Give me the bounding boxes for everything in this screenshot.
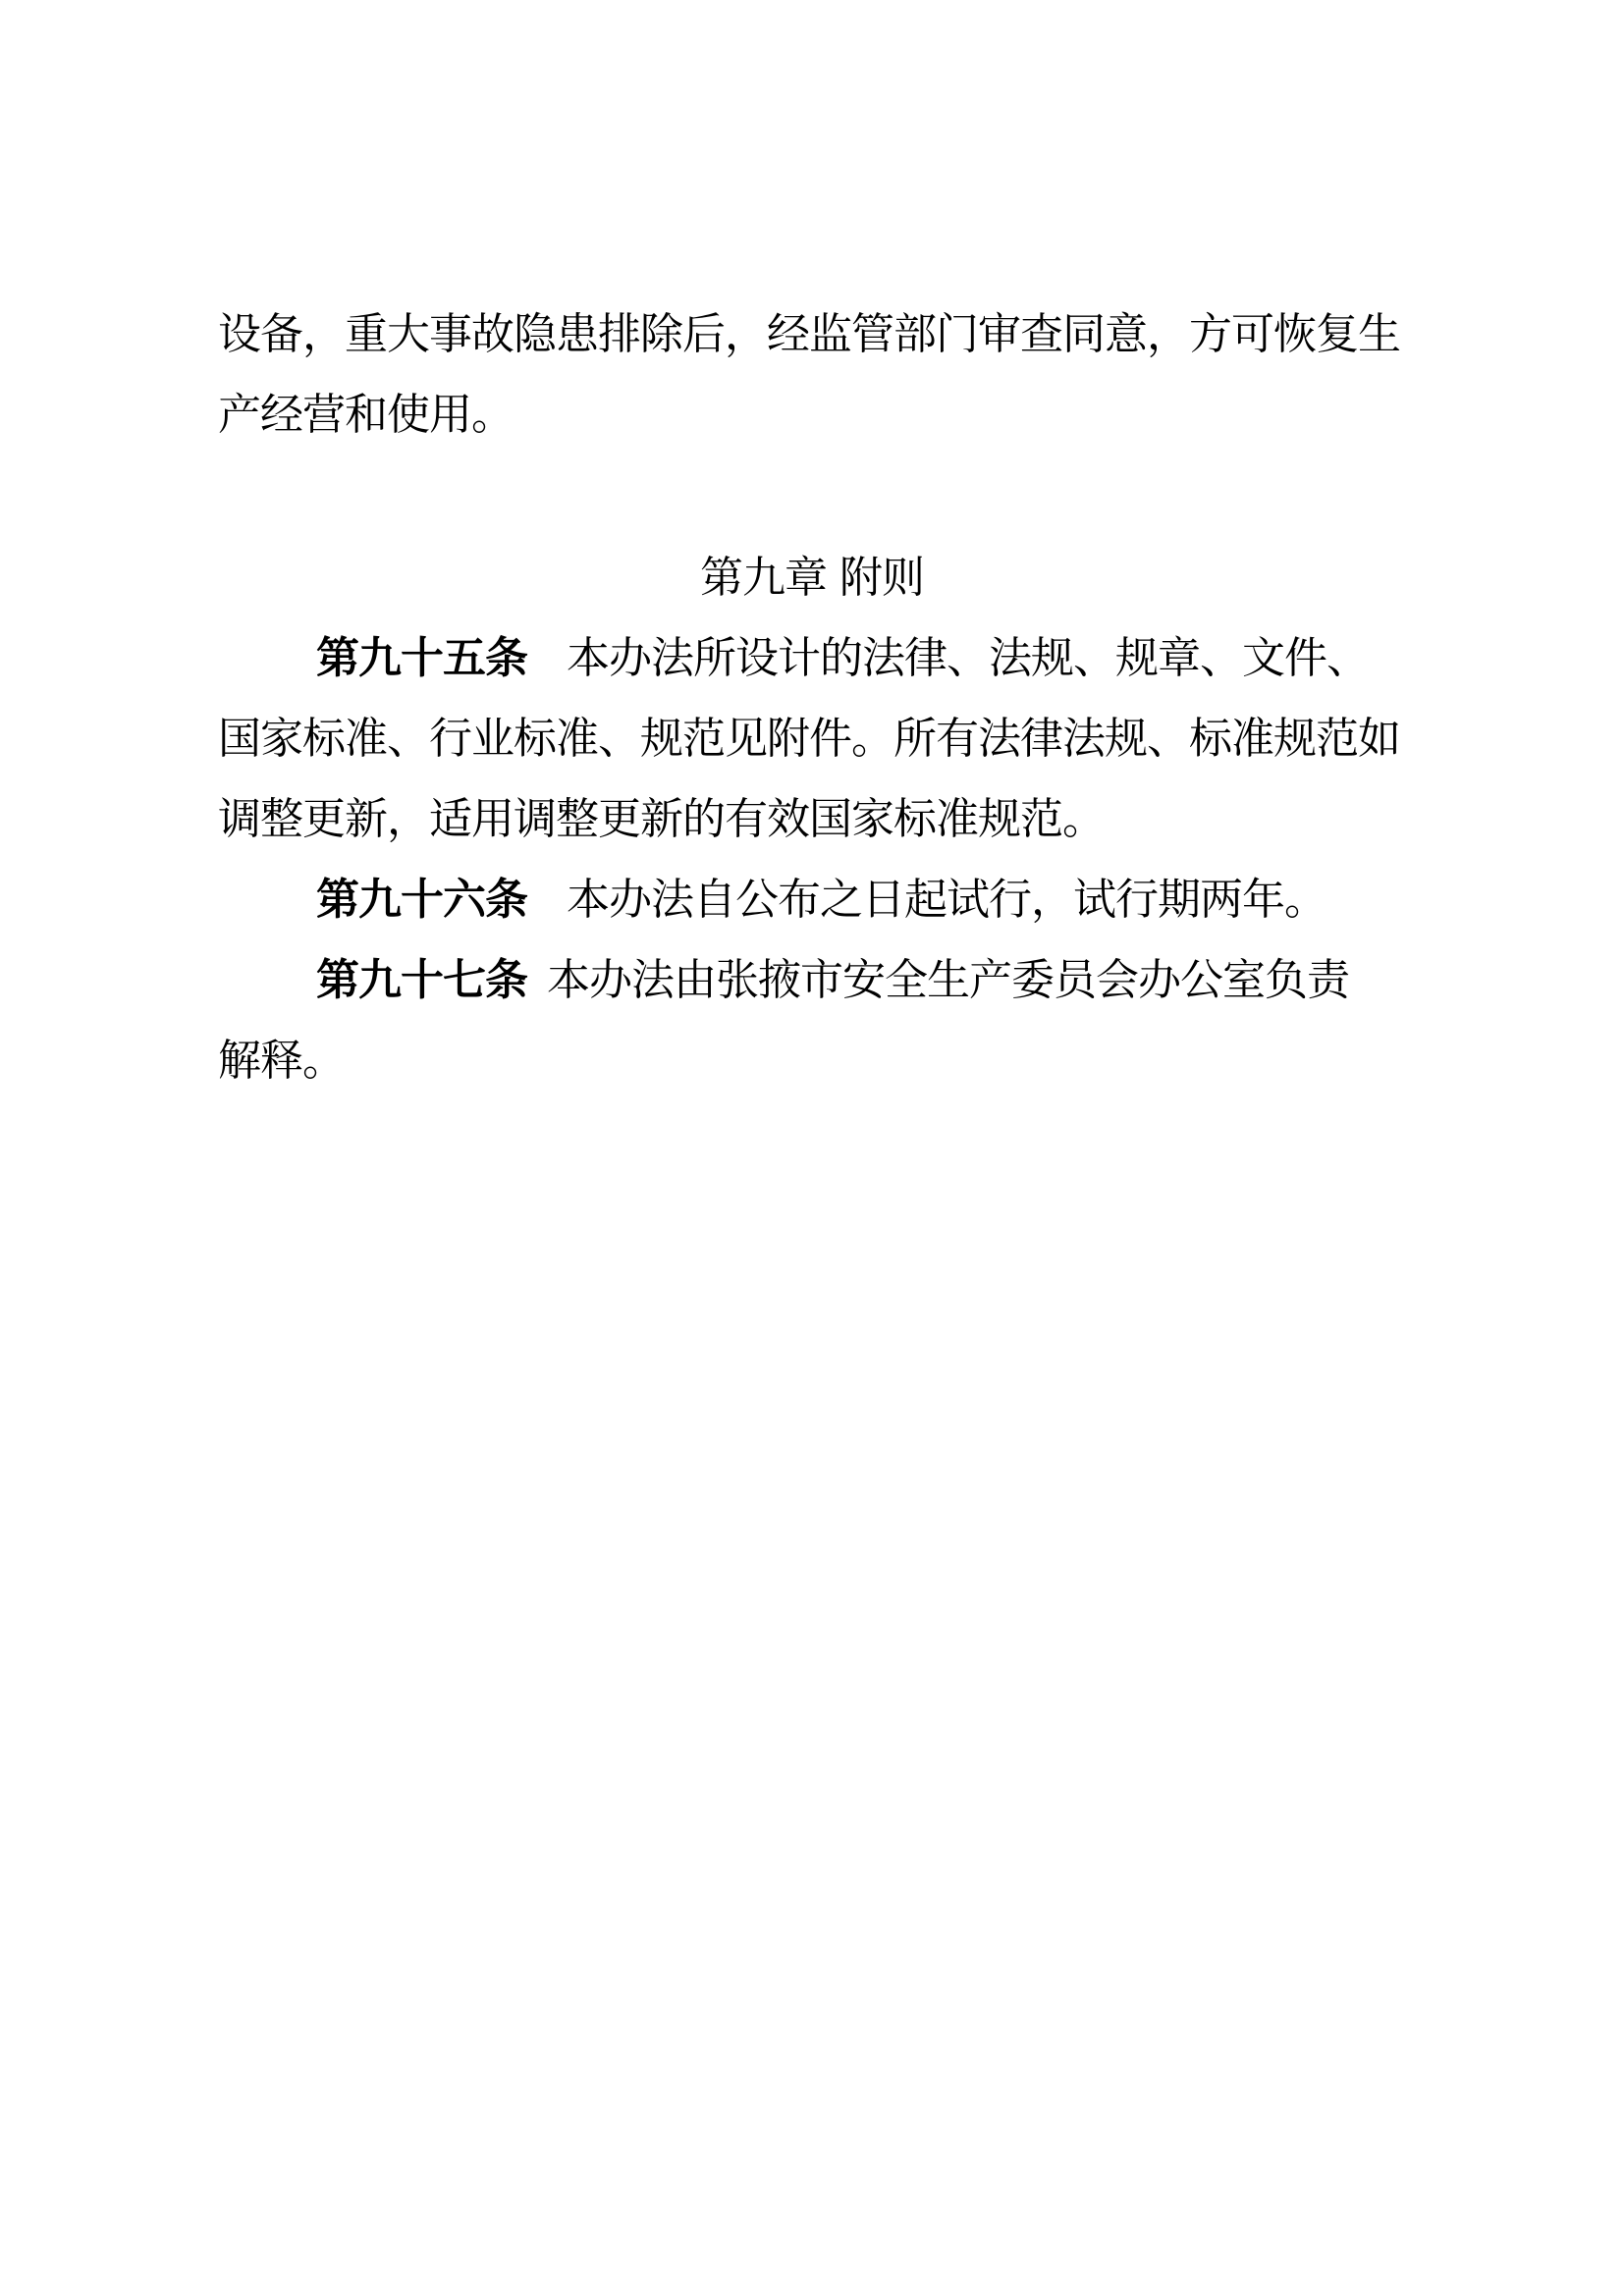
- article-text: 本办法所设计的法律、法规、规章、文件、: [567, 633, 1369, 683]
- paragraph-line: 设备，重大事故隐患排除后，经监管部门审查同意，方可恢复生: [218, 294, 1435, 375]
- article-text: 本办法自公布之日起试行，试行期两年。: [567, 875, 1326, 925]
- article-95: 第九十五条本办法所设计的法律、法规、规章、文件、 国家标准、行业标准、规范见附件…: [218, 618, 1435, 860]
- article-text: 解释。: [218, 1021, 1435, 1101]
- article-text: 本办法由张掖市安全生产委员会办公室负责: [547, 955, 1349, 1005]
- article-label: 第九十六条: [316, 875, 527, 925]
- article-96: 第九十六条本办法自公布之日起试行，试行期两年。: [218, 860, 1435, 940]
- article-text: 调整更新，适用调整更新的有效国家标准规范。: [218, 779, 1435, 860]
- article-text: 国家标准、行业标准、规范见附件。所有法律法规、标准规范如: [218, 699, 1435, 779]
- paragraph-line: 产经营和使用。: [218, 375, 1435, 455]
- document-page: 设备，重大事故隐患排除后，经监管部门审查同意，方可恢复生 产经营和使用。 第九章…: [0, 0, 1624, 2296]
- article-label: 第九十七条: [316, 955, 527, 1005]
- article-97: 第九十七条本办法由张掖市安全生产委员会办公室负责 解释。: [218, 940, 1435, 1101]
- article-label: 第九十五条: [316, 633, 527, 683]
- chapter-title: 第九章 附则: [0, 538, 1624, 618]
- continuation-paragraph: 设备，重大事故隐患排除后，经监管部门审查同意，方可恢复生 产经营和使用。: [218, 294, 1435, 455]
